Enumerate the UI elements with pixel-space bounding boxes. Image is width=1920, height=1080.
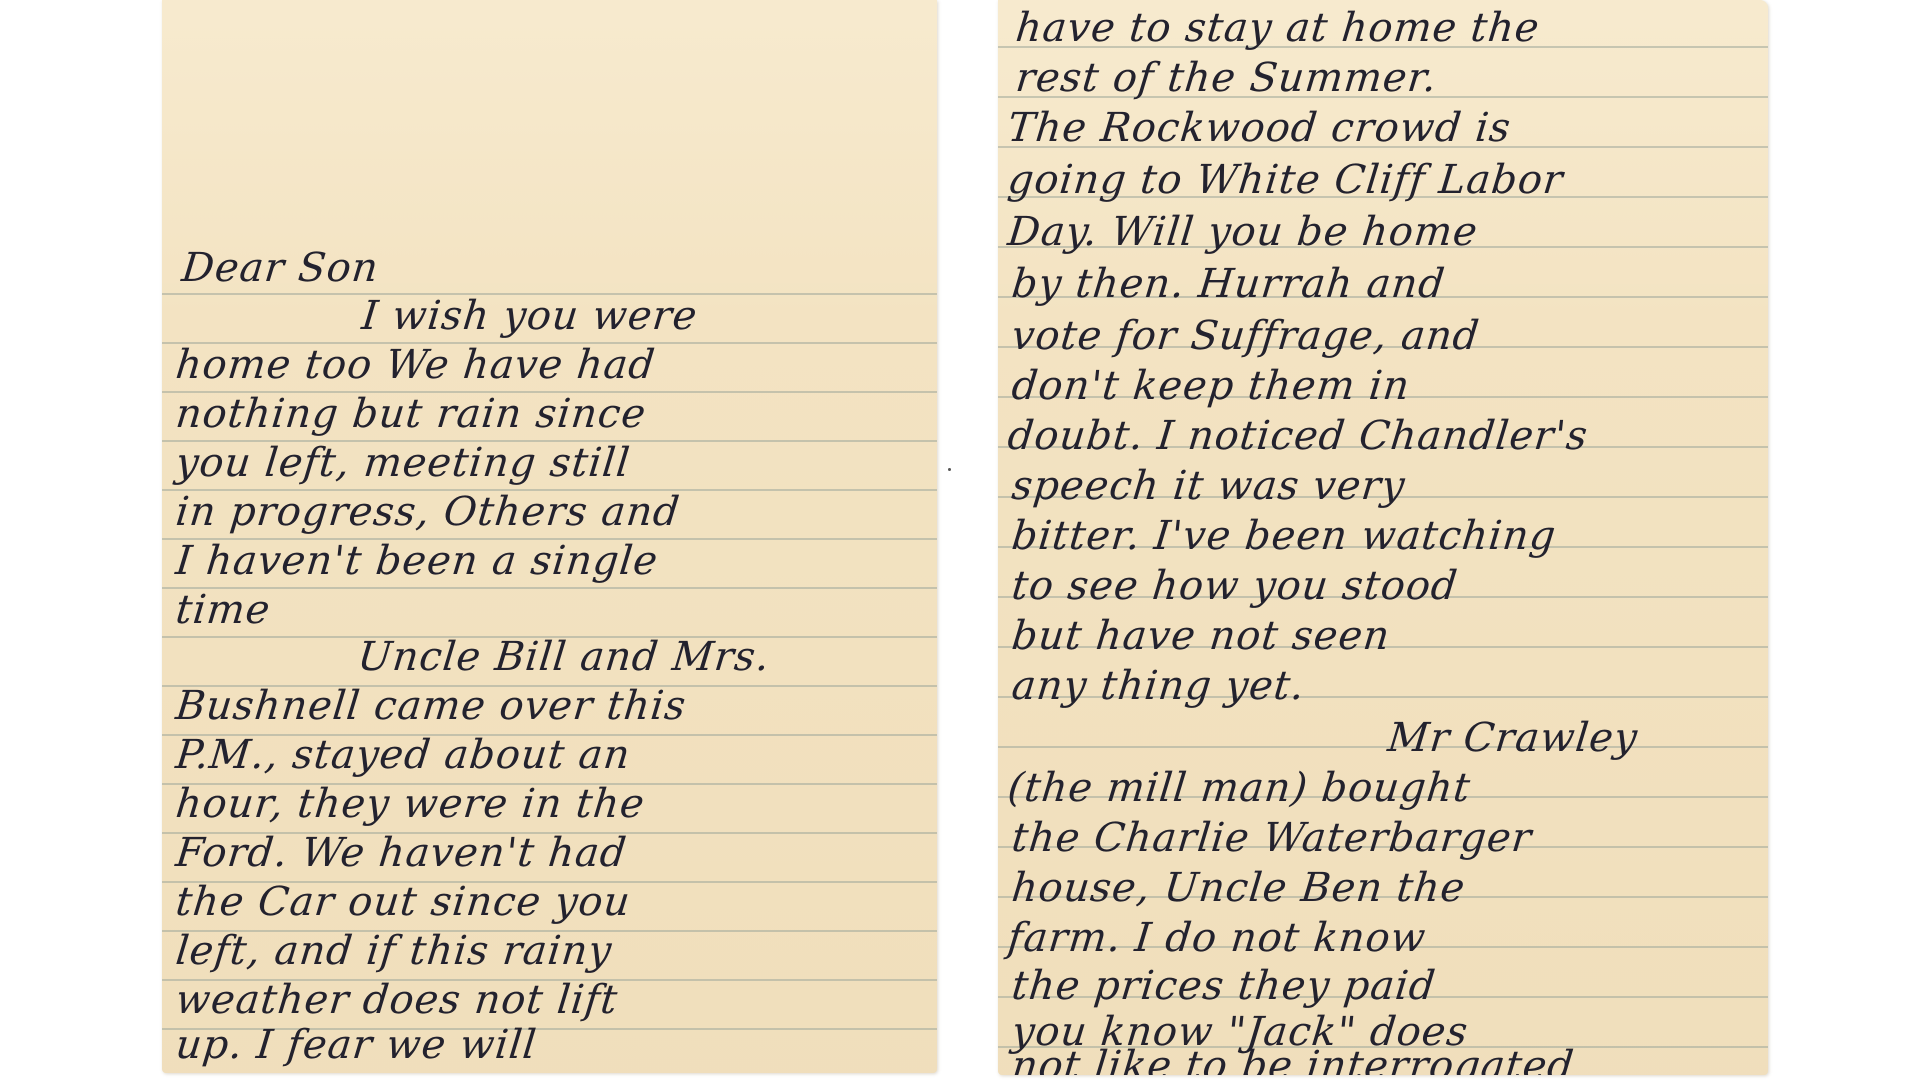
letter-line: but have not seen <box>1010 616 1392 656</box>
letter-line: home too We have had <box>174 345 657 385</box>
letter-line: I haven't been a single <box>174 541 660 581</box>
letter-page-right: have to stay at home the rest of the Sum… <box>998 0 1768 1075</box>
letter-line: left, and if this rainy <box>174 931 614 971</box>
letter-line: The Rockwood crowd is <box>1006 108 1513 148</box>
letter-line: not like to be interrogated <box>1010 1046 1576 1075</box>
letter-line: Mr Crawley <box>1386 718 1640 758</box>
letter-line: nothing but rain since <box>174 394 648 434</box>
letter-line: speech it was very <box>1010 466 1407 506</box>
letter-line: going to White Cliff Labor <box>1006 160 1566 200</box>
letter-line: bitter. I've been watching <box>1010 516 1558 556</box>
letter-line: (the mill man) bought <box>1006 768 1473 808</box>
letter-line: I wish you were <box>360 296 700 336</box>
letter-line: don't keep them in <box>1010 366 1412 406</box>
letter-line: up. I fear we will <box>174 1025 539 1065</box>
letter-line: weather does not lift <box>174 980 620 1020</box>
letter-page-left: Dear Son I wish you were home too We hav… <box>162 0 937 1073</box>
speck <box>948 468 951 471</box>
letter-line: farm. I do not know <box>1006 918 1428 958</box>
letter-line: Uncle Bill and Mrs. <box>356 637 772 677</box>
letter-line: vote for Suffrage, and <box>1010 316 1482 356</box>
letter-line: Dear Son <box>180 248 381 288</box>
letter-line: rest of the Summer. <box>1014 58 1439 98</box>
letter-line: P.M., stayed about an <box>174 735 633 775</box>
letter-line: to see how you stood <box>1010 566 1460 606</box>
letter-line: Day. Will you be home <box>1006 212 1480 252</box>
letter-line: the Car out since you <box>174 882 633 922</box>
handwritten-text: Dear Son I wish you were home too We hav… <box>162 0 937 1073</box>
letter-line: hour, they were in the <box>174 784 647 824</box>
letter-line: time <box>174 590 273 630</box>
letter-line: house, Uncle Ben the <box>1010 868 1468 908</box>
letter-line: any thing yet. <box>1010 666 1307 706</box>
letter-line: doubt. I noticed Chandler's <box>1006 416 1590 456</box>
letter-line: Ford. We haven't had <box>174 833 629 873</box>
letter-line: by then. Hurrah and <box>1010 264 1447 304</box>
letter-line: in progress, Others and <box>174 492 682 532</box>
handwritten-text: have to stay at home the rest of the Sum… <box>998 0 1768 1075</box>
letter-line: have to stay at home the <box>1014 8 1542 48</box>
letter-line: the prices they paid <box>1010 966 1438 1006</box>
letter-line: the Charlie Waterbarger <box>1010 818 1534 858</box>
letter-line: you left, meeting still <box>174 443 632 483</box>
letter-line: Bushnell came over this <box>174 686 688 726</box>
